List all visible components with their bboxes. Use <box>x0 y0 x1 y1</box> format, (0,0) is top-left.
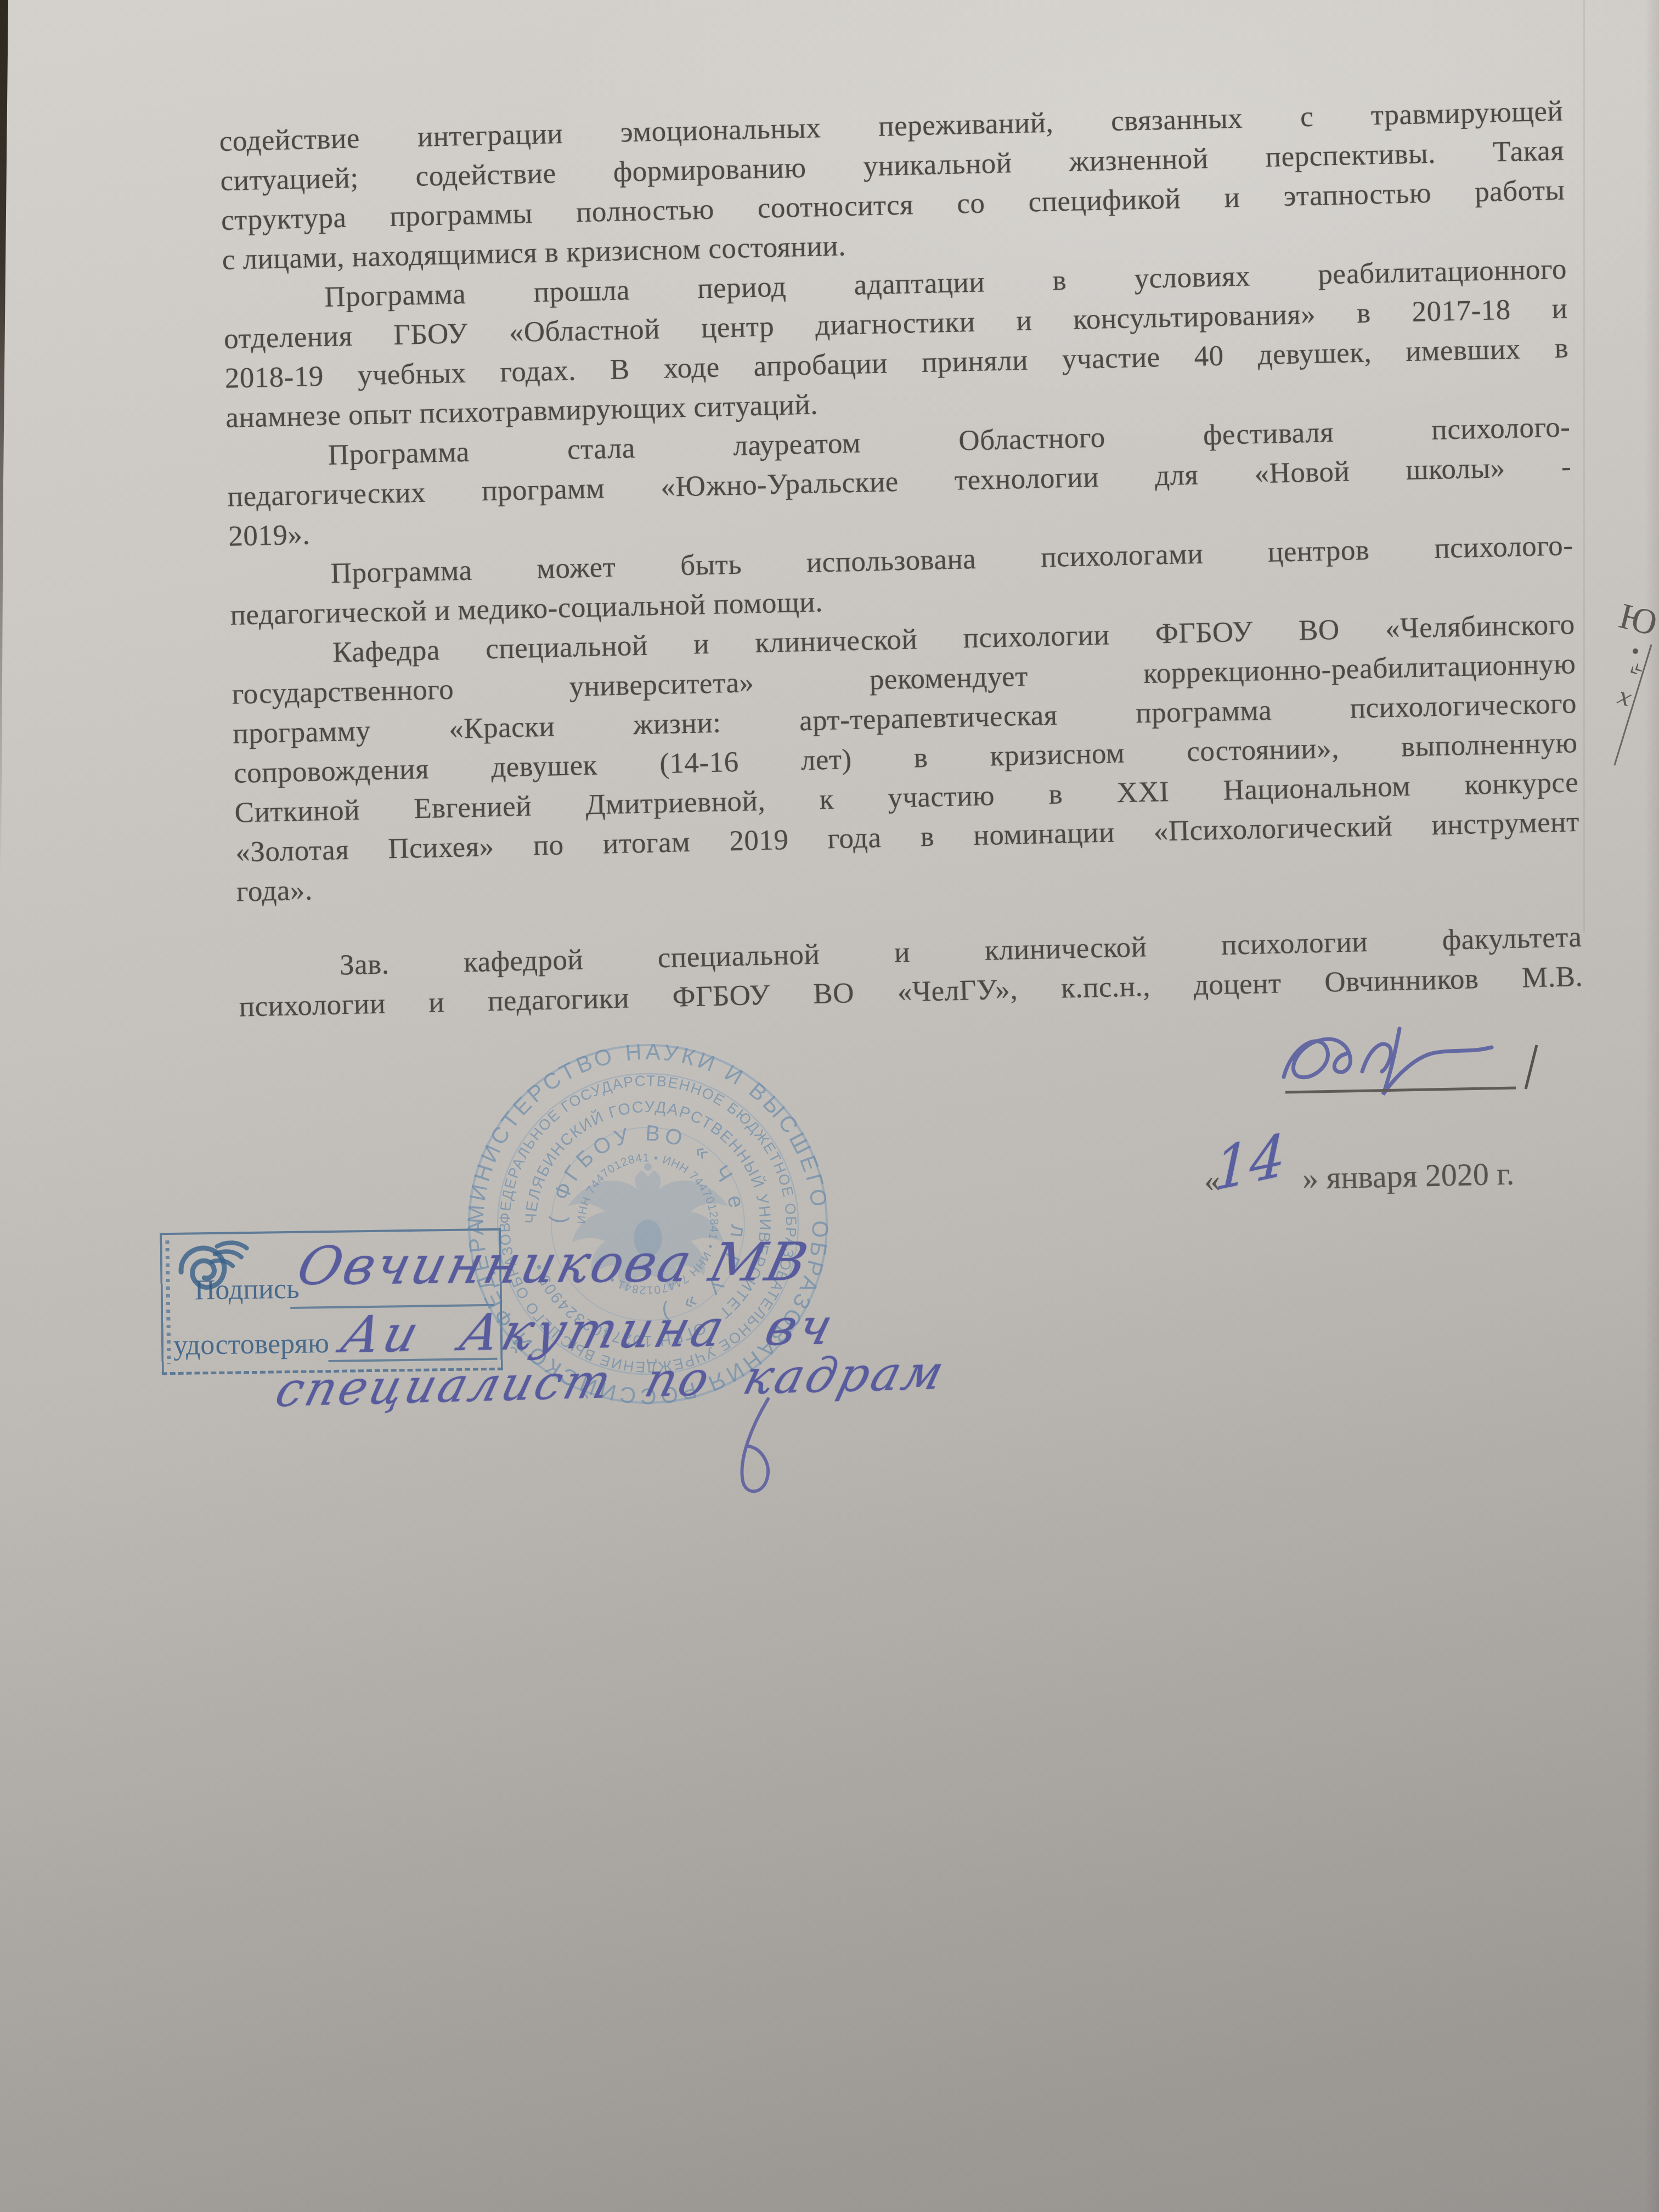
body-text: содействие интеграции эмоциональных пере… <box>218 64 1581 911</box>
date-rest: » января 2020 г. <box>1302 1156 1514 1197</box>
photographed-document-page: содействие интеграции эмоциональных пере… <box>0 0 1659 2212</box>
stamp-box-edge-ticks <box>165 1240 171 1364</box>
signature-stroke <box>1284 1039 1351 1077</box>
signoff-block: Зав. кафедрой специальной и клинической … <box>238 917 1583 1027</box>
handwriting-flourish-stroke <box>686 1393 828 1503</box>
signature-ink <box>1270 1012 1555 1116</box>
signature-underline <box>1285 1088 1516 1092</box>
handwriting-certified-name: Овчинникова МВ <box>292 1231 816 1297</box>
photo-left-edge-shadow <box>0 0 11 878</box>
paper-crease <box>1583 0 1585 933</box>
stamp-label-signature: Подпись <box>194 1273 300 1307</box>
pen-dot-mark <box>1633 648 1638 654</box>
document-text-block: содействие интеграции эмоциональных пере… <box>218 64 1581 911</box>
signature-stroke <box>1362 1044 1391 1071</box>
adjacent-page-text-fragment: Ю <box>1615 595 1659 645</box>
signature-slash-mark <box>1526 1045 1537 1089</box>
stamp-label-certify: удостоверяю <box>173 1327 329 1362</box>
signature-stroke <box>1383 1029 1492 1094</box>
photo-right-edge-shadow <box>1645 0 1659 2212</box>
signature-area <box>1270 1012 1555 1119</box>
